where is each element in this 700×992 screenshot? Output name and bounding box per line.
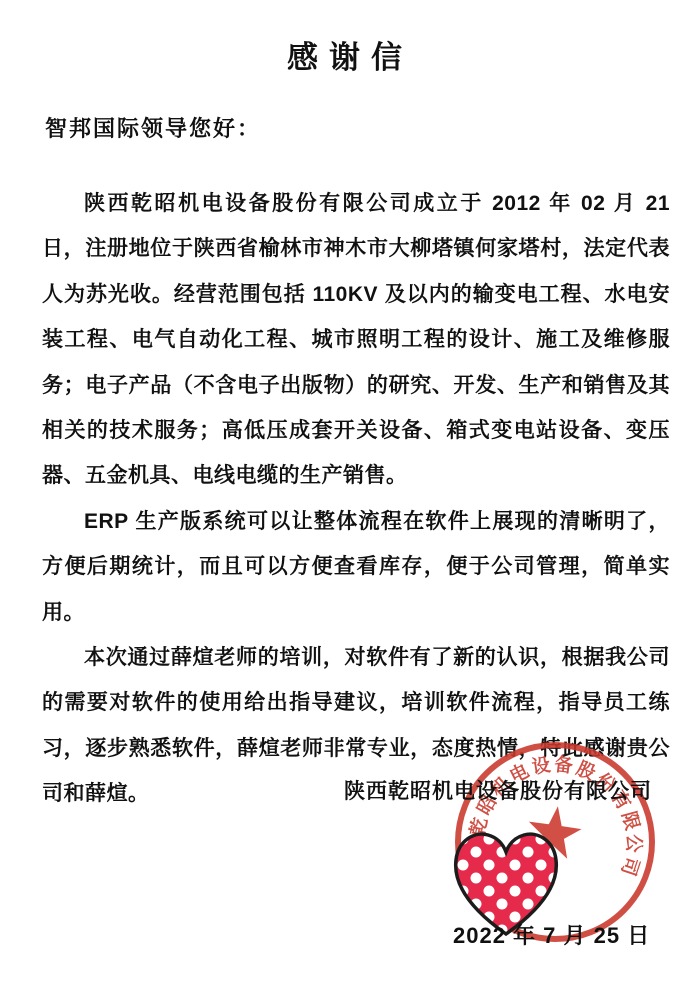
company-signature: 陕西乾昭机电设备股份有限公司: [344, 775, 652, 805]
letter-page: 感谢信 智邦国际领导您好： 陕西乾昭机电设备股份有限公司成立于 2012 年 0…: [0, 0, 700, 992]
letter-date: 2022 年 7 月 25 日: [453, 919, 650, 950]
page-title: 感谢信: [0, 32, 700, 77]
greeting-line: 智邦国际领导您好：: [45, 112, 261, 143]
paragraph: ERP 生产版系统可以让整体流程在软件上展现的清晰明了，方便后期统计，而且可以方…: [42, 499, 670, 635]
letter-body: 陕西乾昭机电设备股份有限公司成立于 2012 年 02 月 21 日，注册地位于…: [42, 181, 670, 817]
paragraph: 陕西乾昭机电设备股份有限公司成立于 2012 年 02 月 21 日，注册地位于…: [42, 181, 670, 499]
